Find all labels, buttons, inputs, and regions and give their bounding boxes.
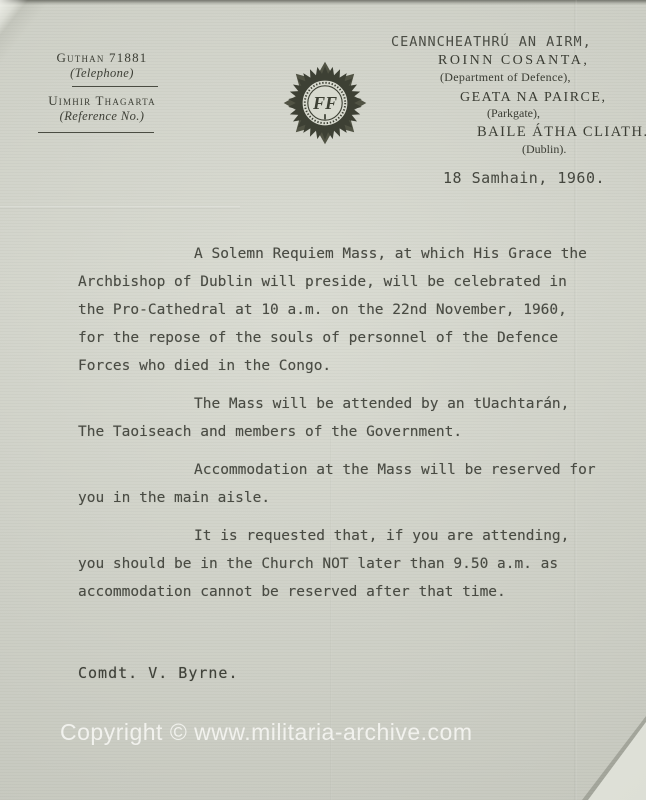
date-line: 18 Samhain, 1960. — [443, 169, 605, 187]
paper-crease-horizontal — [0, 206, 240, 209]
contact-block: Guthan 71881 (Telephone) Uimhir Thagarta… — [36, 50, 168, 133]
defence-forces-sunburst-badge-icon: FF — [282, 60, 368, 146]
address-line-department-en: (Department of Defence), — [440, 70, 571, 85]
divider-rule — [72, 86, 158, 87]
body-paragraph: Accommodation at the Mass will be reserv… — [78, 456, 600, 512]
letter-body: A Solemn Requiem Mass, at which His Grac… — [78, 240, 600, 616]
address-line-dublin-en: (Dublin). — [522, 142, 566, 157]
body-paragraph: The Mass will be attended by an tUachtar… — [78, 390, 600, 446]
reference-label: Uimhir Thagarta — [36, 93, 168, 108]
address-line-department-ga: ROINN COSANTA, — [438, 53, 589, 69]
crest-monogram: FF — [312, 93, 337, 113]
signature-line: Comdt. V. Byrne. — [78, 664, 239, 682]
reference-note: (Reference No.) — [36, 109, 168, 124]
body-paragraph: It is requested that, if you are attendi… — [78, 522, 600, 606]
scanned-letter-page: Guthan 71881 (Telephone) Uimhir Thagarta… — [0, 0, 646, 800]
address-line-hq: CEANNCHEATHRÚ AN AIRM, — [391, 34, 592, 50]
phone-label: Guthan 71881 — [36, 50, 168, 65]
divider-rule — [38, 132, 154, 133]
address-line-parkgate-ga: GEATA NA PAIRCE, — [460, 90, 606, 106]
watermark-text: Copyright © www.militaria-archive.com — [60, 719, 473, 746]
address-line-dublin-ga: BAILE ÁTHA CLIATH. — [477, 124, 646, 141]
address-line-parkgate-en: (Parkgate), — [487, 106, 540, 121]
body-paragraph: A Solemn Requiem Mass, at which His Grac… — [78, 240, 600, 380]
phone-note: (Telephone) — [36, 66, 168, 81]
